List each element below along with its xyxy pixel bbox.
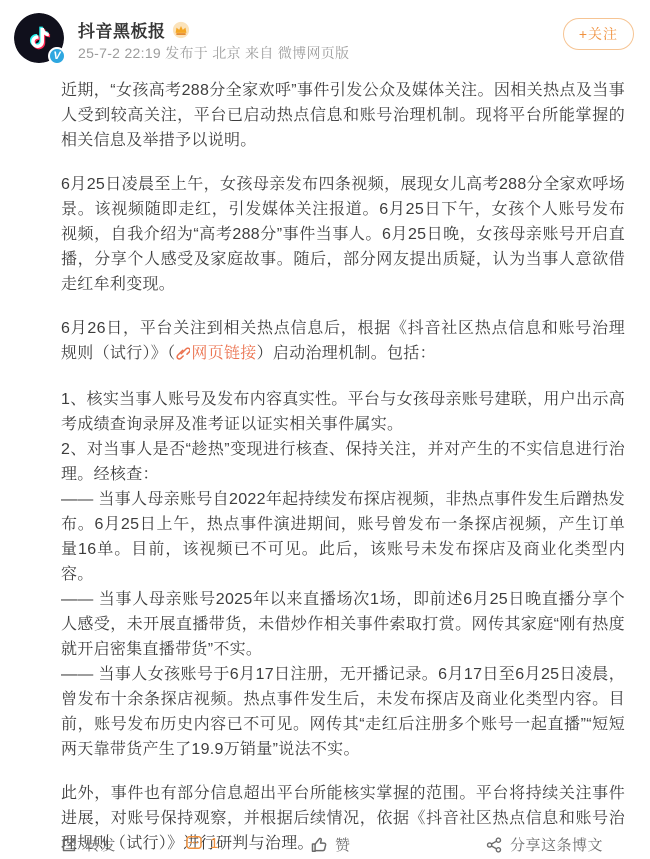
comment-bubble-icon — [185, 834, 203, 852]
paragraph-timeline: 6月25日凌晨至上午，女孩母亲发布四条视频，展现女儿高考288分全家欢呼场景。该… — [61, 172, 625, 297]
like-button[interactable]: 赞 — [310, 834, 351, 855]
share-button[interactable]: 分享这条博文 — [485, 834, 603, 855]
follow-button[interactable]: +关注 — [563, 18, 634, 50]
verified-blue-v-badge: V — [48, 47, 66, 65]
repost-label: 转发 — [85, 834, 116, 855]
web-link-label: 网页链接 — [191, 345, 256, 362]
paragraph-finding-2: —— 当事人母亲账号2025年以来直播场次1场，即前述6月25日晚直播分享个人感… — [61, 587, 625, 662]
share-nodes-icon — [485, 836, 503, 854]
paragraph-finding-1: —— 当事人母亲账号自2022年起持续发布探店视频，非热点事件发生后蹭热发布。6… — [61, 487, 625, 587]
link-chain-icon — [175, 343, 190, 368]
paragraph-governance: 6月26日，平台关注到相关热点信息后，根据《抖音社区热点信息和账号治理规则（试行… — [61, 316, 625, 368]
thumbs-up-icon — [310, 836, 328, 854]
paragraph-intro: 近期，“女孩高考288分全家欢呼”事件引发公众及媒体关注。因相关热点及当事人受到… — [61, 78, 625, 153]
like-label: 赞 — [335, 834, 351, 855]
repost-icon — [60, 836, 78, 854]
comment-button[interactable]: 1 — [185, 834, 219, 852]
post-timestamp: 25-7-2 22:19 发布于 北京 来自 微博网页版 — [78, 43, 349, 63]
repost-button[interactable]: 转发 — [60, 834, 116, 855]
web-link[interactable]: 网页链接 — [175, 345, 256, 362]
post-header: V 抖音黑板报 25-7-2 22:19 发布于 北京 来自 微博网页版 +关注 — [0, 0, 650, 76]
paragraph-measure-1: 1、核实当事人账号及发布内容真实性。平台与女孩母亲账号建联，用户出示高考成绩查询… — [61, 387, 625, 437]
paragraph-measure-2: 2、对当事人是否“趁热”变现进行核查、保持关注，并对产生的不实信息进行治理。经核… — [61, 437, 625, 487]
weibo-post-page: V 抖音黑板报 25-7-2 22:19 发布于 北京 来自 微博网页版 +关注… — [0, 0, 650, 859]
paragraph-governance-text-after: ）启动治理机制。包括： — [257, 345, 436, 362]
orange-crown-badge-icon — [172, 21, 190, 39]
username[interactable]: 抖音黑板报 — [78, 17, 166, 42]
post-body: 近期，“女孩高考288分全家欢呼”事件引发公众及媒体关注。因相关热点及当事人受到… — [61, 78, 625, 856]
post-action-bar: 转发 1 赞 — [0, 834, 650, 859]
share-label: 分享这条博文 — [510, 834, 603, 855]
paragraph-finding-3: —— 当事人女孩账号于6月17日注册，无开播记录。6月17日至6月25日凌晨，曾… — [61, 662, 625, 762]
comment-count: 1 — [210, 835, 219, 852]
avatar[interactable]: V — [14, 13, 64, 63]
